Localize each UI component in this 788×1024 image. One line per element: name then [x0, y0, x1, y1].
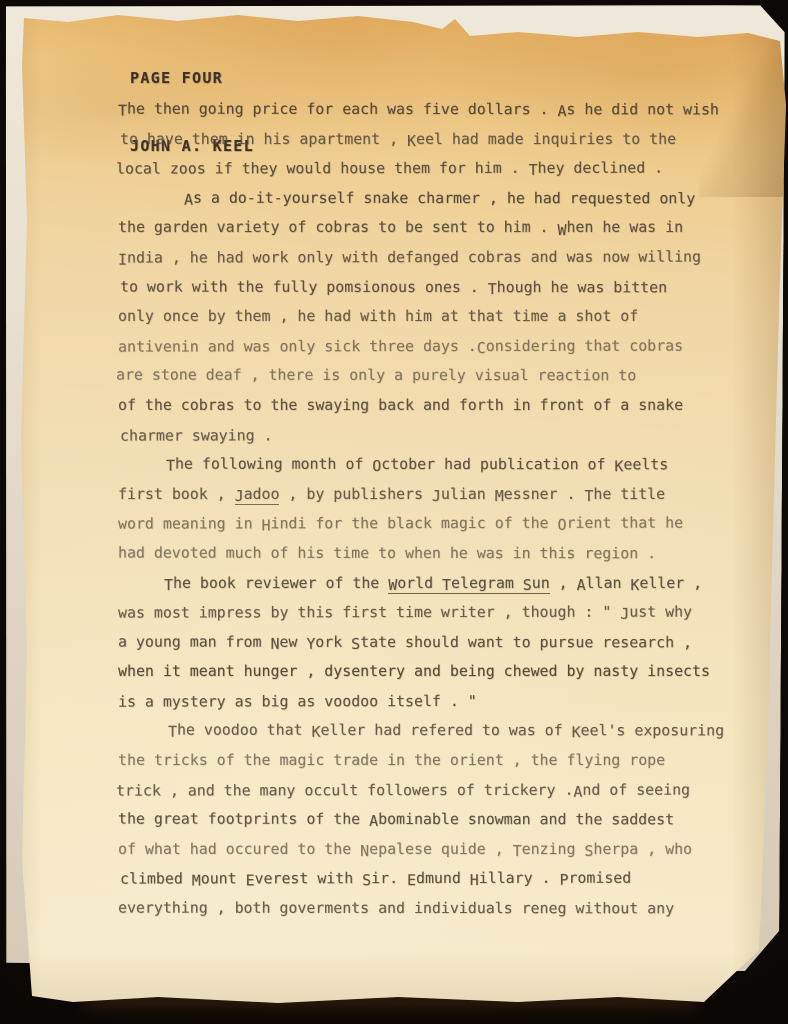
typed-line: the garden variety of cobras to be sent …: [118, 213, 778, 243]
typed-line: first book , Jadoo , by publishers Julia…: [118, 480, 778, 510]
typed-line: The then going price for each was five d…: [118, 95, 778, 126]
typed-line: antivenin and was only sick three days .…: [118, 331, 778, 362]
typed-line: when it meant hunger , dysentery and bei…: [118, 657, 778, 687]
typed-line: of the cobras to the swaying back and fo…: [118, 391, 778, 421]
photo-backdrop: PAGE FOUR JOHN A. KEEL The then going pr…: [0, 0, 788, 1024]
typed-line: The voodoo that Keller had refered to wa…: [120, 716, 778, 747]
typed-line: As a do-it-yourself snake charmer , he h…: [118, 183, 778, 214]
typed-line: to work with the fully pomsionous ones .…: [120, 272, 778, 303]
typed-manuscript-page: PAGE FOUR JOHN A. KEEL The then going pr…: [18, 10, 786, 1010]
typed-line: climbed Mount Everest with Sir. Edmund H…: [120, 864, 778, 895]
typed-line: trick , and the many occult followers of…: [116, 775, 778, 806]
typed-line: India , he had work only with defanged c…: [118, 242, 778, 273]
typed-line: everything , both goverments and individ…: [118, 894, 778, 925]
typed-line: was most impress by this first time writ…: [118, 598, 778, 629]
typed-line: are stone deaf , there is only a purely …: [116, 361, 778, 392]
typed-line: charmer swaying .: [120, 420, 778, 451]
typed-line: is a mystery as big as voodoo itself . ": [118, 686, 778, 717]
header-page-number: PAGE FOUR: [130, 67, 254, 90]
typed-line: the tricks of the magic trade in the ori…: [118, 746, 778, 776]
typed-line: the great footprints of the Abominable s…: [118, 805, 778, 836]
typed-lines: The then going price for each was five d…: [118, 95, 778, 924]
typed-line: The book reviewer of the World Telegram …: [116, 569, 778, 599]
typed-line: word meaning in Hindi for the black magi…: [118, 509, 778, 540]
typed-line: had devoted much of his time to when he …: [118, 538, 778, 569]
typed-line: The following month of October had publi…: [118, 450, 778, 481]
typed-line: of what had occured to the Nepalese quid…: [118, 835, 778, 865]
typed-line: to have them in his apartment , Keel had…: [120, 125, 778, 155]
typed-line: a young man from New York State should w…: [118, 627, 778, 658]
typed-line: local zoos if they would house them for …: [116, 154, 778, 185]
typed-line: only once by them , he had with him at t…: [118, 302, 778, 332]
